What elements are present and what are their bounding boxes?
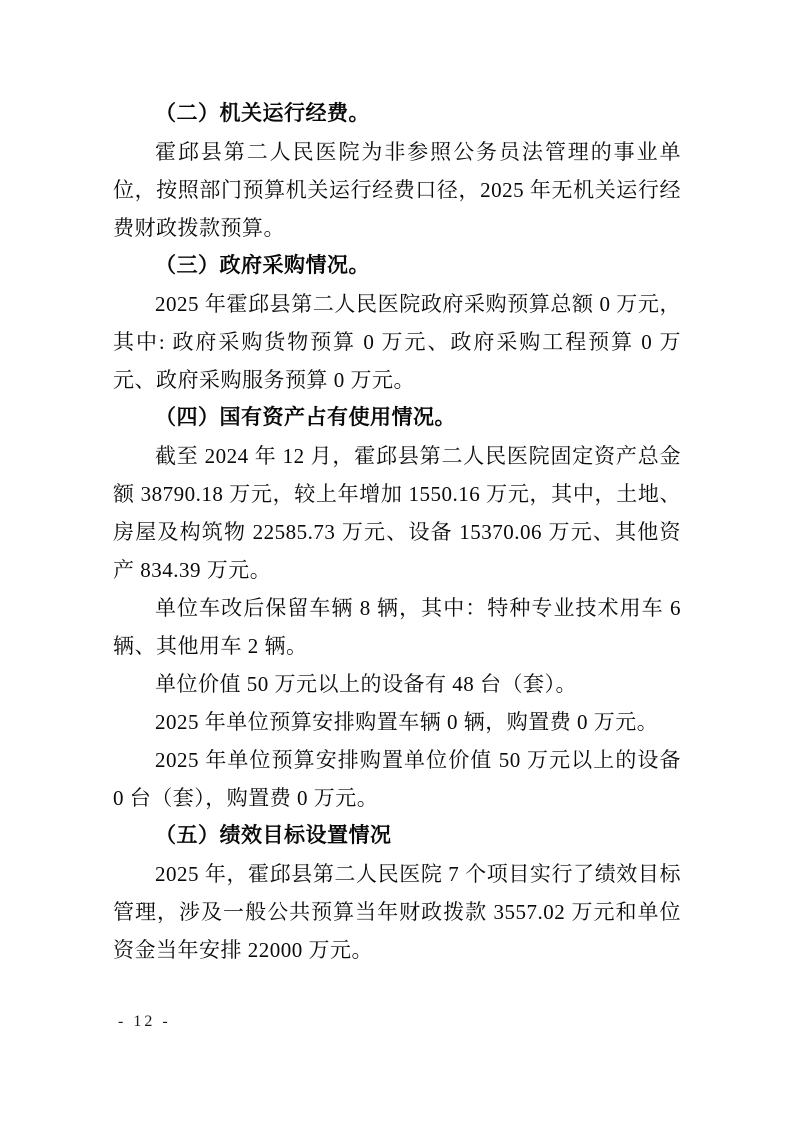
section-heading-agency-operating-costs: （二）机关运行经费。	[113, 95, 681, 133]
section-heading-performance-targets: （五）绩效目标设置情况	[113, 817, 681, 855]
paragraph-fixed-assets: 截至 2024 年 12 月，霍邱县第二人民医院固定资产总金额 38790.18…	[113, 437, 681, 589]
paragraph-agency-operating-costs: 霍邱县第二人民医院为非参照公务员法管理的事业单位，按照部门预算机关运行经费口径，…	[113, 133, 681, 247]
paragraph-vehicle-purchase-budget: 2025 年单位预算安排购置车辆 0 辆，购置费 0 万元。	[113, 703, 681, 741]
paragraph-vehicles-retained: 单位车改后保留车辆 8 辆，其中：特种专业技术用车 6 辆、其他用车 2 辆。	[113, 589, 681, 665]
paragraph-government-procurement: 2025 年霍邱县第二人民医院政府采购预算总额 0 万元，其中: 政府采购货物预…	[113, 285, 681, 399]
document-page: （二）机关运行经费。 霍邱县第二人民医院为非参照公务员法管理的事业单位，按照部门…	[0, 0, 793, 1122]
page-number: - 12 -	[118, 1010, 171, 1034]
paragraph-performance-targets: 2025 年，霍邱县第二人民医院 7 个项目实行了绩效目标管理，涉及一般公共预算…	[113, 855, 681, 969]
paragraph-equipment-over-500k: 单位价值 50 万元以上的设备有 48 台（套）。	[113, 665, 681, 703]
paragraph-equipment-purchase-budget: 2025 年单位预算安排购置单位价值 50 万元以上的设备 0 台（套），购置费…	[113, 741, 681, 817]
section-heading-state-assets: （四）国有资产占有使用情况。	[113, 399, 681, 437]
section-heading-government-procurement: （三）政府采购情况。	[113, 247, 681, 285]
document-body: （二）机关运行经费。 霍邱县第二人民医院为非参照公务员法管理的事业单位，按照部门…	[113, 95, 681, 969]
